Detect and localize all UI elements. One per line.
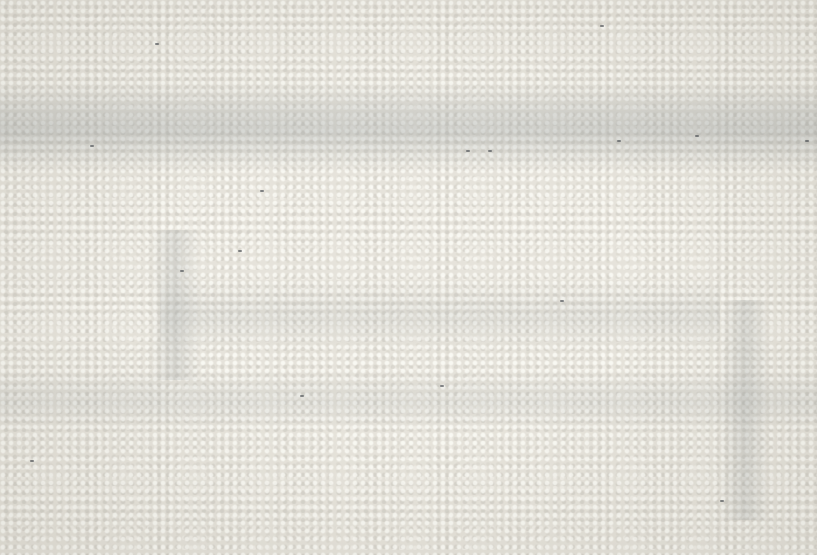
- photo-vignette: [0, 0, 817, 555]
- carpet-texture-photo: [0, 0, 817, 555]
